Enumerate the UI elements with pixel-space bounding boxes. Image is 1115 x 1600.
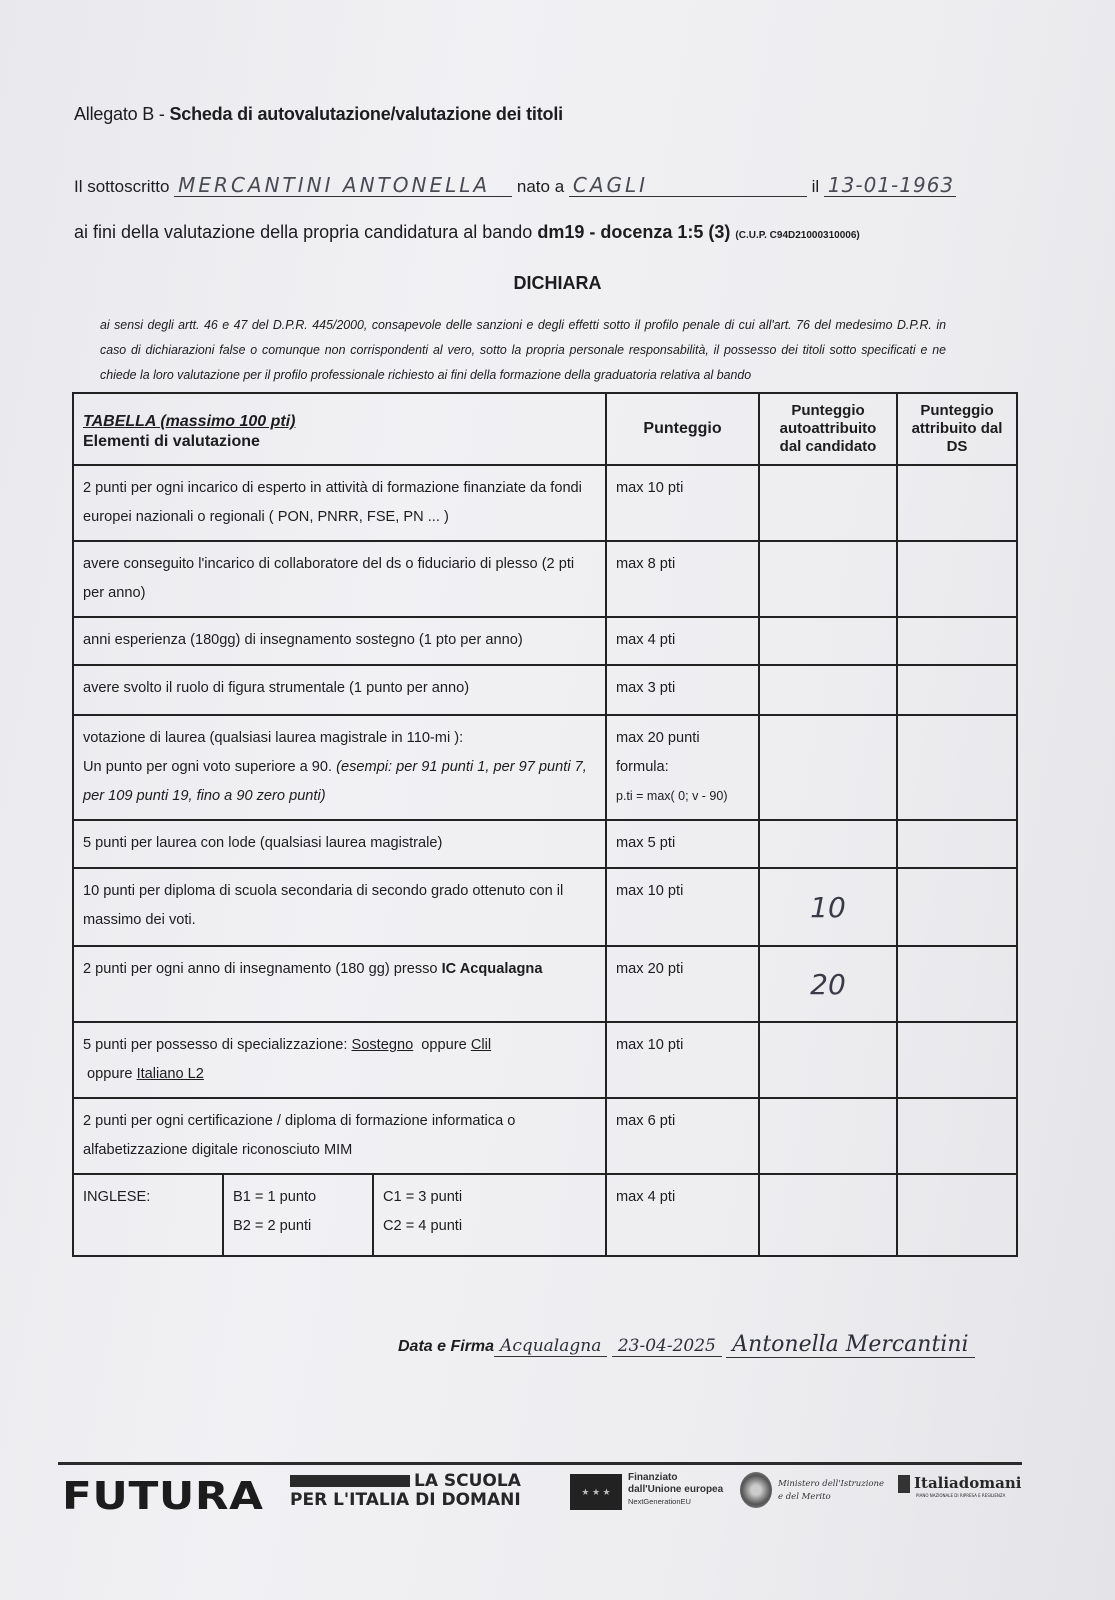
row-desc: votazione di laurea (qualsiasi laurea ma… [73,715,606,820]
document-page: Allegato B - Scheda di autovalutazione/v… [0,0,1115,1600]
option-sostegno: Sostegno [352,1037,414,1053]
inglese-c-levels: C1 = 3 punti C2 = 4 punti [373,1174,606,1256]
eu-line2: dall'Unione europea [628,1484,723,1495]
ds-score-cell[interactable] [897,1022,1017,1098]
signature-date[interactable]: 23-04-2025 [612,1336,722,1357]
option-italiano-l2: Italiano L2 [137,1066,204,1082]
ministero-logo: Ministero dell'Istruzione e del Merito [778,1478,884,1504]
name-field[interactable]: MERCANTINI ANTONELLA [174,174,512,197]
label-nato: nato a [517,177,564,196]
italian-republic-emblem-icon [740,1472,772,1508]
desc-oppure: oppure [83,1066,137,1082]
row-desc: 2 punti per ogni anno di insegnamento (1… [73,946,606,1022]
table-row: 2 punti per ogni anno di insegnamento (1… [73,946,1017,1022]
handwritten-signature[interactable]: Antonella Mercantini [726,1332,974,1358]
row-desc: 2 punti per ogni certificazione / diplom… [73,1098,606,1174]
row-desc: 2 punti per ogni incarico di esperto in … [73,465,606,541]
scuola-logo: LA SCUOLA PER L'ITALIA DI DOMANI [290,1472,521,1510]
signature-place[interactable]: Acqualagna [494,1336,607,1357]
italiadomani-subtitle: PIANO NAZIONALE DI RIPRESA E RESILIENZA [916,1493,1021,1498]
row-max: max 10 pti [606,868,759,946]
row-max: max 6 pti [606,1098,759,1174]
table-row: avere conseguito l'incarico di collabora… [73,541,1017,617]
declaration-heading: DICHIARA [0,273,1115,294]
cup-code: (C.U.P. C94D21000310006) [735,230,859,241]
desc-oppure: oppure [413,1037,471,1053]
table-title: TABELLA (massimo 100 pti) [83,413,295,430]
row-max: max 4 pti [606,1174,759,1256]
row-max: max 10 pti [606,1022,759,1098]
title-text: Scheda di autovalutazione/valutazione de… [169,104,562,124]
auto-score-cell[interactable] [759,1098,897,1174]
table-row: 5 punti per laurea con lode (qualsiasi l… [73,820,1017,868]
ministero-line2: e del Merito [778,1492,831,1502]
row-max: max 4 pti [606,617,759,665]
row-max: max 5 pti [606,820,759,868]
desc-text: 5 punti per possesso di specializzazione… [83,1037,352,1053]
row-max: max 20 pti [606,946,759,1022]
ds-score-cell[interactable] [897,617,1017,665]
eu-flag-icon: ★ ★ ★ [570,1474,622,1510]
ds-score-cell[interactable] [897,868,1017,946]
table-row: 10 punti per diploma di scuola secondari… [73,868,1017,946]
scuola-line1: LA SCUOLA [414,1471,521,1491]
scuola-line2: PER L'ITALIA DI DOMANI [290,1490,521,1510]
desc-school: IC Acqualagna [442,961,543,977]
ds-score-cell[interactable] [897,465,1017,541]
identity-line: Il sottoscritto MERCANTINI ANTONELLA nat… [74,174,956,197]
table-row: avere svolto il ruolo di figura strument… [73,665,1017,715]
level-b1: B1 = 1 punto [233,1189,316,1205]
auto-score-cell[interactable] [759,820,897,868]
table-row-inglese: INGLESE: B1 = 1 punto B2 = 2 punti C1 = … [73,1174,1017,1256]
row-max: max 3 pti [606,665,759,715]
signature-label: Data e Firma [398,1338,494,1355]
option-clil: Clil [471,1037,491,1053]
ds-score-cell[interactable] [897,946,1017,1022]
auto-score-cell[interactable] [759,1174,897,1256]
row-max: max 20 punti formula: p.ti = max( 0; v -… [606,715,759,820]
header-punteggio: Punteggio [606,393,759,465]
formula: p.ti = max( 0; v - 90) [616,789,728,803]
birthdate-field[interactable]: 13-01-1963 [824,174,956,197]
inglese-b-levels: B1 = 1 punto B2 = 2 punti [223,1174,373,1256]
ds-score-cell[interactable] [897,715,1017,820]
row-desc: avere conseguito l'incarico di collabora… [73,541,606,617]
row-max: max 8 pti [606,541,759,617]
footer-divider [58,1462,1022,1465]
inglese-label: INGLESE: [73,1174,223,1256]
label-sottoscritto: Il sottoscritto [74,177,169,196]
ds-score-cell[interactable] [897,541,1017,617]
pixel-bar-icon [290,1475,410,1487]
level-b2: B2 = 2 punti [233,1218,311,1234]
purpose-line: ai fini della valutazione della propria … [74,222,860,243]
italiadomani-text: Italiadomani [914,1474,1021,1492]
birthplace-field[interactable]: CAGLI [569,174,807,197]
desc-line2: Un punto per ogni voto superiore a 90. [83,759,336,775]
document-title: Allegato B - Scheda di autovalutazione/v… [74,104,563,125]
auto-score-cell[interactable] [759,465,897,541]
auto-score-cell[interactable] [759,715,897,820]
table-row: anni esperienza (180gg) di insegnamento … [73,617,1017,665]
purpose-text: ai fini della valutazione della propria … [74,222,537,242]
futura-logo: FUTURA [62,1474,264,1518]
formula-label: formula: [616,759,669,775]
row-desc: anni esperienza (180gg) di insegnamento … [73,617,606,665]
table-row: votazione di laurea (qualsiasi laurea ma… [73,715,1017,820]
auto-score-cell[interactable] [759,617,897,665]
ds-score-cell[interactable] [897,665,1017,715]
row-desc: avere svolto il ruolo di figura strument… [73,665,606,715]
ds-score-cell[interactable] [897,820,1017,868]
row-max: max 10 pti [606,465,759,541]
row-desc: 10 punti per diploma di scuola secondari… [73,868,606,946]
row-desc: 5 punti per possesso di specializzazione… [73,1022,606,1098]
level-c2: C2 = 4 punti [383,1218,462,1234]
table-row: 2 punti per ogni certificazione / diplom… [73,1098,1017,1174]
label-il: il [812,177,820,196]
eu-line1: Finanziato [628,1472,677,1483]
declaration-body: ai sensi degli artt. 46 e 47 del D.P.R. … [100,312,946,387]
evaluation-table: TABELLA (massimo 100 pti) Elementi di va… [72,392,1018,1257]
header-elements: TABELLA (massimo 100 pti) Elementi di va… [73,393,606,465]
title-prefix: Allegato B - [74,104,169,124]
auto-score-cell[interactable]: 10 [759,868,897,946]
table-row: 5 punti per possesso di specializzazione… [73,1022,1017,1098]
bando-name: dm19 - docenza 1:5 (3) [537,222,730,242]
header-ds: Punteggio attribuito dal DS [897,393,1017,465]
max-value: max 20 punti [616,730,700,746]
table-header-row: TABELLA (massimo 100 pti) Elementi di va… [73,393,1017,465]
signature-line: Data e FirmaAcqualagna 23-04-2025 Antone… [398,1332,975,1357]
ds-score-cell[interactable] [897,1098,1017,1174]
ministero-line1: Ministero dell'Istruzione [778,1479,884,1489]
eu-line3: NextGenerationEU [628,1497,691,1506]
auto-score-cell[interactable] [759,1022,897,1098]
level-c1: C1 = 3 punti [383,1189,462,1205]
header-autoattribuito: Punteggio autoattribuito dal candidato [759,393,897,465]
italiadomani-icon [898,1475,910,1493]
desc-line1: votazione di laurea (qualsiasi laurea ma… [83,730,463,746]
row-desc: 5 punti per laurea con lode (qualsiasi l… [73,820,606,868]
italiadomani-logo: Italiadomani PIANO NAZIONALE DI RIPRESA … [898,1474,1021,1498]
auto-score-cell[interactable] [759,541,897,617]
desc-text: 2 punti per ogni anno di insegnamento (1… [83,961,442,977]
auto-score-cell[interactable] [759,665,897,715]
table-subtitle: Elementi di valutazione [83,432,596,452]
ds-score-cell[interactable] [897,1174,1017,1256]
auto-score-cell[interactable]: 20 [759,946,897,1022]
eu-funding-label: Finanziato dall'Unione europea NextGener… [628,1472,723,1508]
table-row: 2 punti per ogni incarico di esperto in … [73,465,1017,541]
